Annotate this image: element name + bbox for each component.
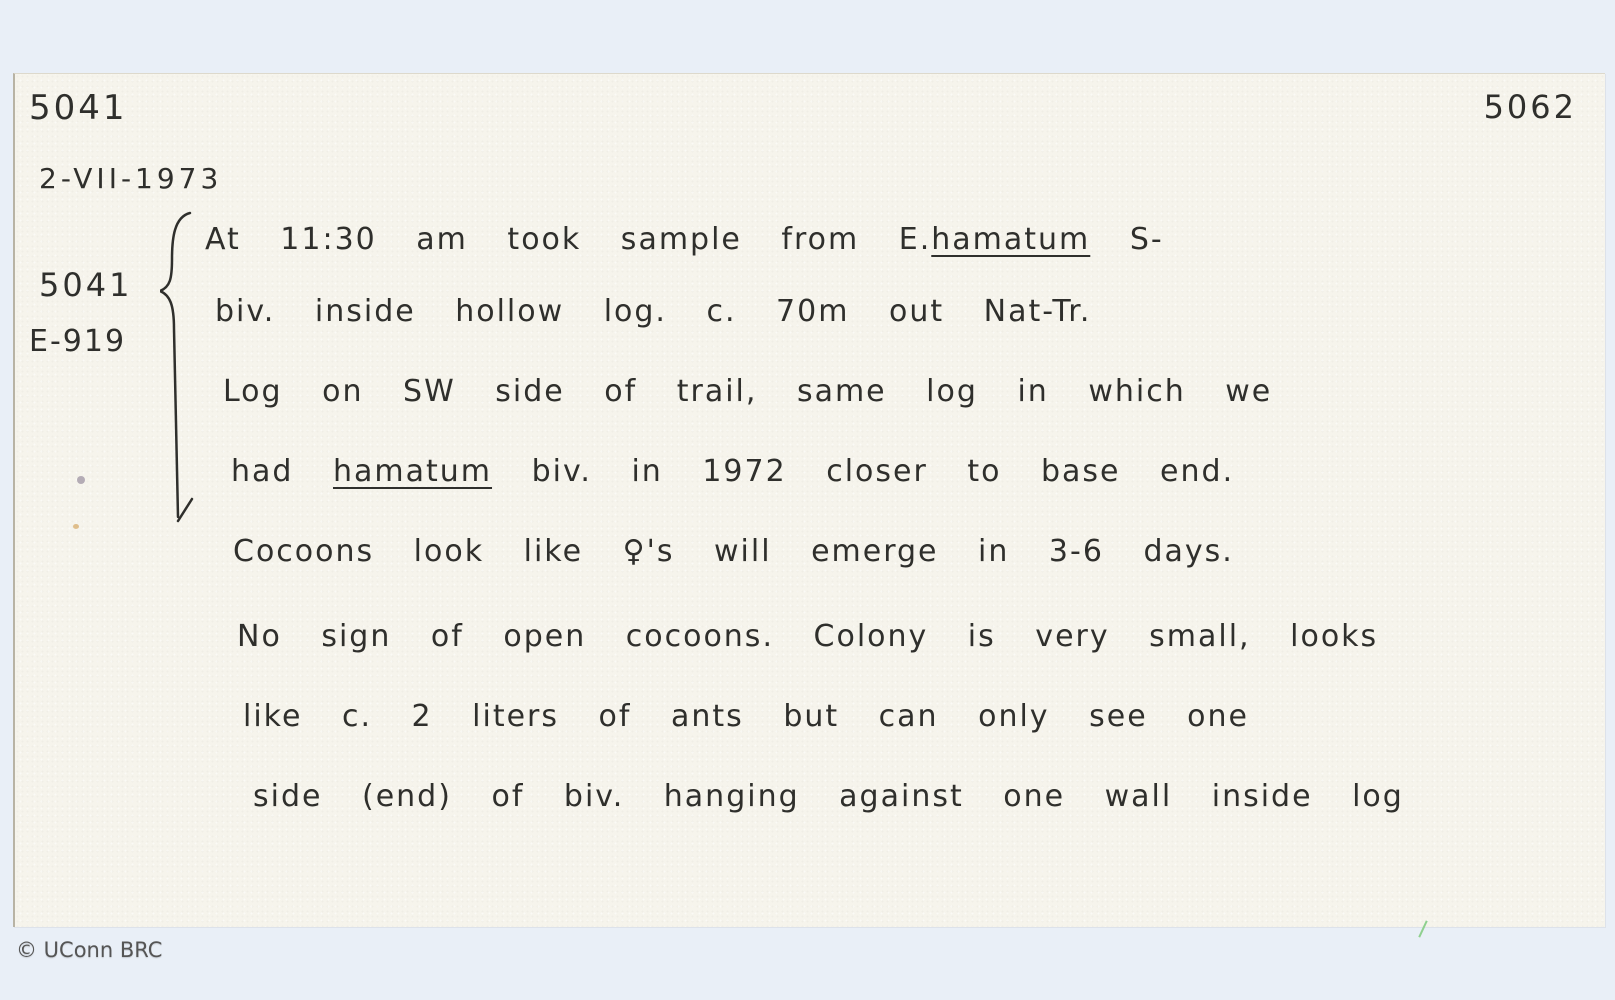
note-line-2: biv. inside hollow log. c. 70m out Nat-T… — [215, 294, 1091, 329]
note-line-5: Cocoons look like ♀'s will emerge in 3-6… — [233, 534, 1234, 569]
note-text: biv. in 1972 closer to base end. — [532, 454, 1235, 489]
brace-arrow-icon — [160, 209, 220, 529]
note-line-3: Log on SW side of trail, same log in whi… — [223, 374, 1272, 409]
note-text: had — [231, 454, 293, 489]
note-text: like c. 2 liters of ants but can only se… — [243, 699, 1249, 734]
sample-code: E-919 — [29, 324, 126, 359]
note-text: S- — [1130, 222, 1164, 257]
card-number-top-right: 5062 — [1484, 88, 1577, 126]
note-line-8: side (end) of biv. hanging against one w… — [253, 779, 1404, 814]
species-name-underlined: hamatum — [333, 454, 492, 489]
copyright-notice: © UConn BRC — [16, 938, 162, 962]
note-text: Log on SW side of trail, same log in whi… — [223, 374, 1272, 409]
card-number-top-left: 5041 — [29, 88, 128, 128]
note-text: side (end) of biv. hanging against one w… — [253, 779, 1404, 814]
ink-spot — [77, 476, 85, 484]
note-line-7: like c. 2 liters of ants but can only se… — [243, 699, 1249, 734]
note-text: At 11:30 am took sample from E. — [205, 222, 931, 257]
note-line-1: At 11:30 am took sample from E.hamatum S… — [205, 222, 1164, 257]
sample-number: 5041 — [39, 266, 132, 304]
note-line-4: had hamatum biv. in 1972 closer to base … — [231, 454, 1234, 489]
stain-spot — [73, 524, 79, 529]
collection-date: 2-VII-1973 — [39, 162, 222, 195]
note-text: biv. inside hollow log. c. 70m out Nat-T… — [215, 294, 1091, 329]
note-line-6: No sign of open cocoons. Colony is very … — [237, 619, 1378, 654]
field-note-card: 5041 5062 2-VII-1973 5041 E-919 At 11:30… — [13, 73, 1605, 927]
scan-page: 5041 5062 2-VII-1973 5041 E-919 At 11:30… — [0, 0, 1615, 1000]
species-name-underlined: hamatum — [931, 222, 1090, 257]
note-text: No sign of open cocoons. Colony is very … — [237, 619, 1378, 654]
note-text: Cocoons look like ♀'s will emerge in 3-6… — [233, 534, 1234, 569]
